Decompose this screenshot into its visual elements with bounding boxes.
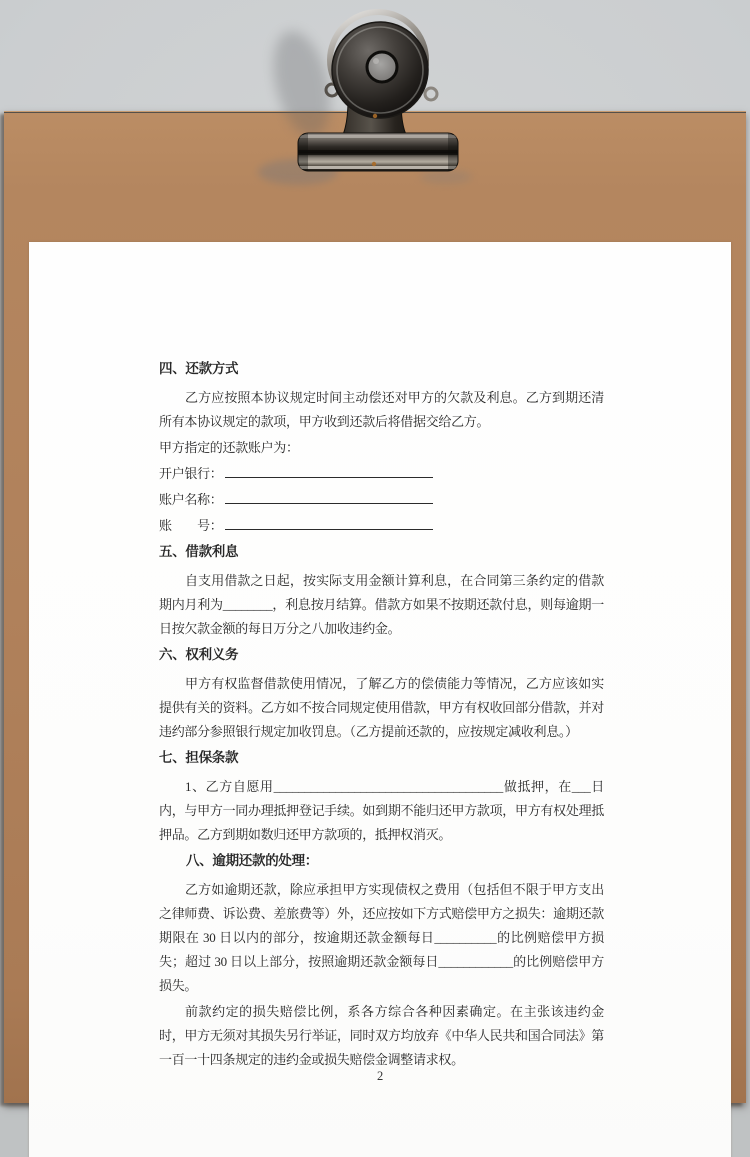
clipboard-board: 四、还款方式 乙方应按照本协议规定时间主动偿还对甲方的欠款及利息。乙方到期还清所… — [4, 111, 746, 1103]
clip-bar — [298, 133, 458, 171]
paragraph: 前款约定的损失赔偿比例，系各方综合各种因素确定。在主张该违约金时，甲方无须对其损… — [159, 1000, 604, 1072]
field-label: 账 号： — [159, 514, 223, 538]
section-heading-overdue-handling: 八、逾期还款的处理： — [159, 849, 604, 873]
contract-page: 四、还款方式 乙方应按照本协议规定时间主动偿还对甲方的欠款及利息。乙方到期还清所… — [29, 242, 731, 1157]
paragraph: 乙方应按照本协议规定时间主动偿还对甲方的欠款及利息。乙方到期还清所有本协议规定的… — [159, 386, 604, 434]
clip-paper-shadow-right — [420, 170, 472, 184]
binder-clip-icon — [240, 4, 500, 204]
field-label: 账户名称： — [159, 488, 223, 512]
clip-knob — [330, 12, 428, 118]
field-account-name: 账户名称： — [159, 488, 604, 512]
clip-ear-right — [425, 88, 437, 100]
section-heading-guarantee-clause: 七、担保条款 — [159, 746, 604, 770]
section-heading-rights-obligations: 六、权利义务 — [159, 643, 604, 667]
paragraph: 乙方如逾期还款，除应承担甲方实现债权之费用（包括但不限于甲方支出之律师费、诉讼费… — [159, 878, 604, 998]
contract-text-area: 四、还款方式 乙方应按照本协议规定时间主动偿还对甲方的欠款及利息。乙方到期还清所… — [29, 242, 731, 1157]
field-bank-name: 开户银行： — [159, 462, 604, 486]
clip-reflection-dot — [372, 162, 376, 166]
section-heading-loan-interest: 五、借款利息 — [159, 540, 604, 564]
paragraph: 自支用借款之日起，按实际支用金额计算利息，在合同第三条约定的借款期内月利为___… — [159, 569, 604, 641]
paragraph: 1、乙方自愿用_________________________________… — [159, 775, 604, 847]
field-account-number: 账 号： — [159, 514, 604, 538]
clip-reflection-dot — [373, 114, 377, 118]
paragraph: 甲方指定的还款账户为： — [159, 436, 604, 460]
page-number: 2 — [29, 1064, 731, 1088]
section-heading-repayment-method: 四、还款方式 — [159, 357, 604, 381]
blank-underline — [225, 488, 433, 504]
paragraph: 甲方有权监督借款使用情况，了解乙方的偿债能力等情况，乙方应该如实提供有关的资料。… — [159, 672, 604, 744]
blank-underline — [225, 514, 433, 530]
field-label: 开户银行： — [159, 462, 223, 486]
blank-underline — [225, 462, 433, 478]
